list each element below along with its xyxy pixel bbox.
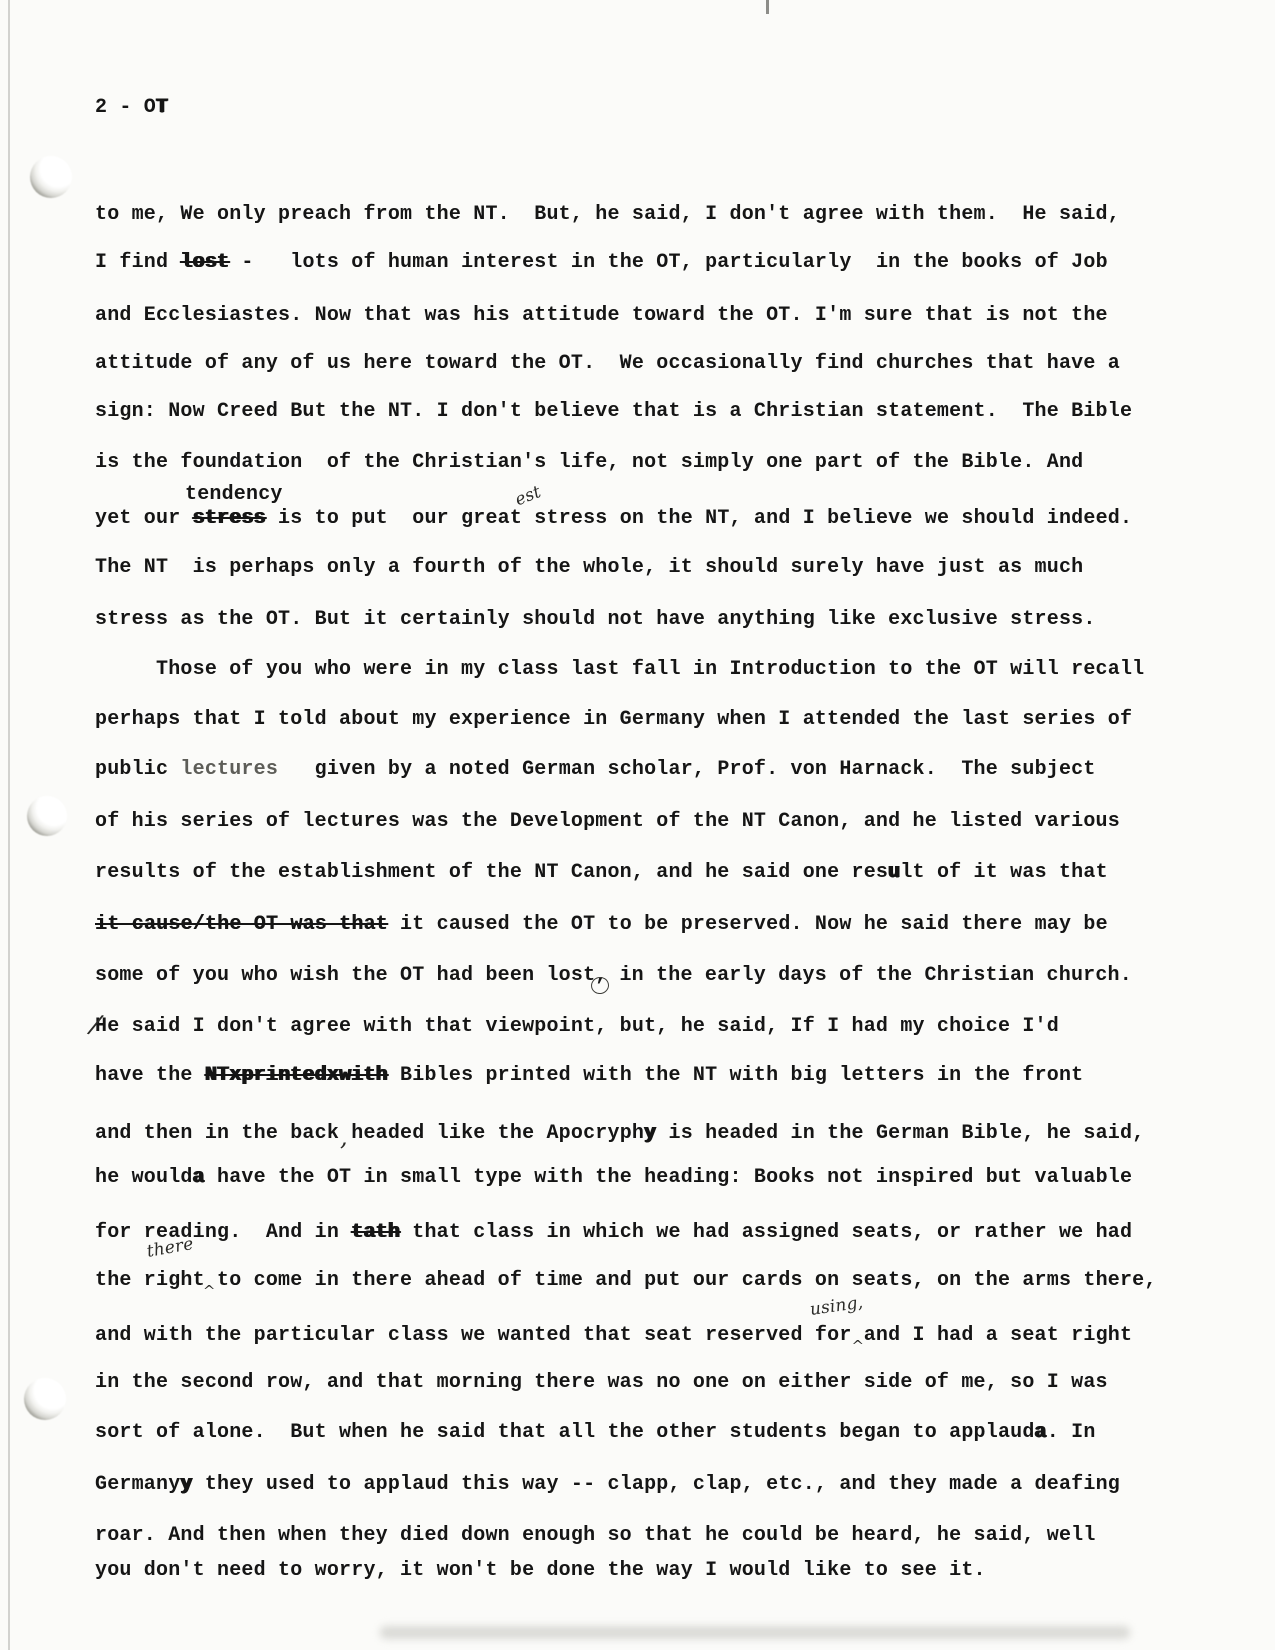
typed-text: stress on the NT, and I believe we shoul… [522,507,1132,530]
typed-text: it caused the OT to be preserved. Now he… [388,913,1108,936]
typed-text: in the second row, and that morning ther… [95,1371,1108,1394]
text-line: /He said I don't agree with that viewpoi… [95,1011,1059,1039]
typed-text: some of you who wish the OT had been los… [95,964,595,987]
text-line: have the NTxprintedxwith Bibles printed … [95,1064,1083,1088]
typed-text: in the early days of the Christian churc… [607,964,1132,987]
scan-bottom-smudge [380,1626,1130,1639]
handwritten-slash: / [89,1012,94,1035]
typed-text: Those of you who were in my class last f… [95,658,1144,681]
typed-text: . In [1047,1421,1096,1444]
typed-text: headed like the Apocryph [339,1122,644,1145]
text-line: to me, We only preach from the NT. But, … [95,203,1120,227]
text-line: and with the particular class we wanted … [95,1323,1132,1348]
text-line: I find lost - lots of human interest in … [95,251,1108,275]
typed-ov-text: u [888,861,900,884]
typed-ov-text: y [644,1122,656,1145]
typed-strike-ov-text: stress [193,507,266,530]
typed-text: he would [95,1166,193,1189]
typed-text: of his series of lectures was the Develo… [95,810,1120,833]
scan-edge-line [8,0,10,1650]
text-line: he woulda have the OT in small type with… [95,1166,1132,1190]
typed-text: and with the particular class we wanted … [95,1324,852,1347]
text-line: public lectures given by a noted German … [95,758,1096,782]
page-header: 2 - OT [95,96,168,120]
text-line: results of the establishment of the NT C… [95,861,1108,885]
typed-text: given by a noted German scholar, Prof. v… [278,758,1096,781]
circled-comma: , [595,964,607,988]
text-line: yet our stress is to put our greatest st… [95,506,1132,531]
typed-text: Bibles printed with the NT with big lett… [388,1064,1084,1087]
typed-text: and I had a seat right [852,1324,1133,1347]
punch-hole [27,796,67,836]
typed-text: sign: Now Creed But the NT. I don't beli… [95,400,1132,423]
text-line: of his series of lectures was the Develo… [95,810,1120,834]
typed-text: have the OT in small type with the headi… [205,1166,1132,1189]
text-line: and then in the back, headed like the Ap… [95,1118,1144,1146]
text-line: for reading. And in tath that class in w… [95,1221,1132,1245]
typed-text: 2 - O [95,96,156,119]
text-line: it cause/the OT was that it caused the O… [95,913,1108,937]
typed-text: roar. And then when they died down enoug… [95,1524,1096,1547]
typed-text: perhaps that I told about my experience … [95,708,1132,731]
typed-ov-text: a [193,1166,205,1189]
typed-text: attitude of any of us here toward the OT… [95,352,1120,375]
typed-light-text: lectures [180,758,278,781]
text-line: the rightthere^ to come in there ahead o… [95,1268,1157,1293]
text-line: perhaps that I told about my experience … [95,708,1132,732]
typed-text: public [95,758,180,781]
text-line: and Ecclesiastes. Now that was his attit… [95,304,1108,328]
typed-text: results of the establishment of the NT C… [95,861,888,884]
text-line: Germanyy they used to applaud this way -… [95,1473,1120,1497]
typed-ov-text: a [1035,1421,1047,1444]
typed-text: tendency [185,483,283,506]
text-line: in the second row, and that morning ther… [95,1371,1108,1395]
typed-text: is headed in the German Bible, he said, [656,1122,1144,1145]
typed-text: have the [95,1064,205,1087]
text-line: attitude of any of us here toward the OT… [95,352,1120,376]
typed-strike-ov-text: tath [351,1221,400,1244]
text-line: you don't need to worry, it won't be don… [95,1559,986,1583]
manuscript-page: 2 - OTto me, We only preach from the NT.… [0,0,1275,1650]
handwritten-insert: using, [808,1298,811,1322]
typed-strike-text: / [193,913,205,936]
typed-text: and Ecclesiastes. Now that was his attit… [95,304,1108,327]
typed-text: - lots of human interest in the OT, part… [229,251,1108,274]
text-line: roar. And then when they died down enoug… [95,1524,1096,1548]
typed-text: and then in the back [95,1122,339,1145]
typed-text: The NT is perhaps only a fourth of the w… [95,556,1083,579]
text-line: is the foundation of the Christian's lif… [95,451,1083,475]
typed-text: stress as the OT. But it certainly shoul… [95,608,1096,631]
inserted-word-line: tendency [185,483,283,507]
scan-top-tick [766,0,769,14]
typed-ov-text: y [180,1473,192,1496]
typed-strike-text: it cause [95,913,193,936]
typed-text: lt of it was that [900,861,1107,884]
text-line: sort of alone. But when he said that all… [95,1421,1096,1445]
typed-text: yet our [95,507,193,530]
typed-text: that class in which we had assigned seat… [400,1221,1132,1244]
punch-hole [30,156,72,198]
typed-text: is to put our great [266,507,522,530]
text-line: some of you who wish the OT had been los… [95,964,1132,988]
typed-text: you don't need to worry, it won't be don… [95,1559,986,1582]
typed-text: to me, We only preach from the NT. But, … [95,203,1120,226]
text-line: The NT is perhaps only a fourth of the w… [95,556,1083,580]
text-line: Those of you who were in my class last f… [95,658,1144,682]
punch-hole [24,1378,66,1420]
typed-strike-text: the OT was that [205,913,388,936]
text-line: stress as the OT. But it certainly shoul… [95,608,1096,632]
typed-text: to come in there ahead of time and put o… [205,1269,1157,1292]
typed-strike-ov-text: NTxprintedxwith [205,1064,388,1087]
handwritten-insert: there [145,1240,149,1264]
typed-text: they used to applaud this way -- clapp, … [193,1473,1120,1496]
typed-text: for reading. And in [95,1221,351,1244]
typed-ov-text: T [156,96,168,119]
typed-text: Germany [95,1473,180,1496]
typed-text: He said I don't agree with that viewpoin… [95,1015,1059,1038]
typed-text: I find [95,251,180,274]
typed-text: sort of alone. But when he said that all… [95,1421,1035,1444]
typed-strike-ov-text: lost [180,251,229,274]
typed-text: is the foundation of the Christian's lif… [95,451,1083,474]
text-line: sign: Now Creed But the NT. I don't beli… [95,400,1132,424]
typed-text: the right [95,1269,205,1292]
